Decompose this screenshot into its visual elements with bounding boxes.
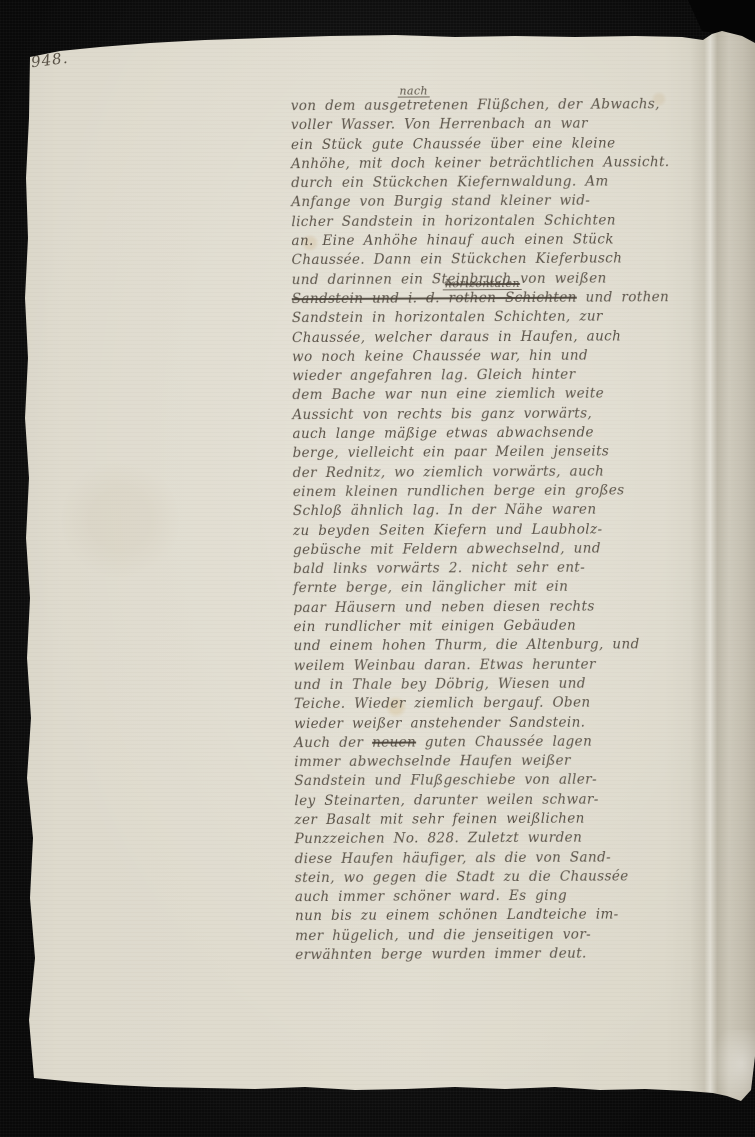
text-line: licher Sandstein in horizontalen Schicht… bbox=[291, 211, 736, 233]
text-line: einem kleinen rundlichen berge ein große… bbox=[293, 481, 738, 503]
handwritten-text: berge, vielleicht ein paar Meilen jensei… bbox=[293, 444, 610, 462]
text-line: diese Haufen häufiger, als die von Sand- bbox=[295, 847, 740, 869]
handwritten-text: Schloß ähnlich lag. In der Nähe waren bbox=[293, 502, 597, 520]
handwritten-text: gebüsche mit Feldern abwechselnd, und bbox=[293, 540, 601, 558]
handwritten-text: diese Haufen häufiger, als die von Sand- bbox=[295, 849, 611, 867]
text-line: ein Stück gute Chaussée über eine kleine bbox=[291, 133, 736, 155]
handwritten-text: und rothen bbox=[577, 289, 669, 305]
text-line: und in Thale bey Döbrig, Wiesen und bbox=[294, 674, 739, 696]
handwritten-text: Chaussée. Dann ein Stückchen Kieferbusch bbox=[292, 251, 623, 269]
handwritten-text: von dem ausgetretenen Flüßchen, der Abwa… bbox=[291, 96, 660, 114]
text-line: und einem hohen Thurm, die Altenburg, un… bbox=[294, 635, 739, 657]
handwritten-text: auch lange mäßige etwas abwachsende bbox=[292, 425, 594, 443]
handwritten-text: durch ein Stückchen Kiefernwaldung. Am bbox=[291, 174, 609, 192]
text-line: Aussicht von rechts bis ganz vorwärts, bbox=[292, 404, 737, 426]
text-line: Teiche. Wieder ziemlich bergauf. Oben bbox=[294, 693, 739, 715]
text-line: ley Steinarten, darunter weilen schwar- bbox=[294, 790, 739, 812]
handwritten-text: der Rednitz, wo ziemlich vorwärts, auch bbox=[293, 463, 605, 481]
inserted-word: nach bbox=[397, 85, 430, 97]
text-line: nachvon dem ausgetretenen Flüßchen, der … bbox=[291, 95, 736, 117]
handwritten-text: ein Stück gute Chaussée über eine kleine bbox=[291, 135, 616, 153]
text-line: weilem Weinbau daran. Etwas herunter bbox=[294, 654, 739, 676]
handwritten-text: und einem hohen Thurm, die Altenburg, un… bbox=[294, 637, 640, 655]
text-line: zer Basalt mit sehr feinen weißlichen bbox=[294, 809, 739, 831]
text-line: Sandstein in horizontalen Schichten, zur bbox=[292, 307, 737, 329]
handwritten-text: Sandstein und Flußgeschiebe von aller- bbox=[294, 772, 597, 790]
handwritten-text: Anfange von Burgig stand kleiner wid- bbox=[291, 193, 590, 211]
handwritten-text: wo noch keine Chaussée war, hin und bbox=[292, 347, 588, 365]
handwritten-text: ein rundlicher mit einigen Gebäuden bbox=[293, 618, 576, 635]
handwritten-text: Sandstein in horizontalen Schichten, zur bbox=[292, 309, 603, 327]
handwritten-text: Teiche. Wieder ziemlich bergauf. Oben bbox=[294, 695, 591, 713]
text-line: stein, wo gegen die Stadt zu die Chaussé… bbox=[295, 867, 740, 889]
handwritten-text: wieder weißer anstehender Sandstein. bbox=[294, 714, 585, 732]
text-line: immer abwechselnde Haufen weißer bbox=[294, 751, 739, 773]
handwritten-text: fernte berge, ein länglicher mit ein bbox=[293, 579, 568, 596]
text-line: durch ein Stückchen Kiefernwaldung. Am bbox=[291, 172, 736, 194]
handwritten-text: Anhöhe, mit doch keiner beträchtlichen A… bbox=[291, 154, 670, 172]
text-line: Chaussée, welcher daraus in Haufen, auch bbox=[292, 326, 737, 348]
text-line: gebüsche mit Feldern abwechselnd, und bbox=[293, 539, 738, 561]
text-line: ein rundlicher mit einigen Gebäuden bbox=[293, 616, 738, 638]
text-line: an. Eine Anhöhe hinauf auch einen Stück bbox=[291, 230, 736, 252]
handwritten-text: nun bis zu einem schönen Landteiche im- bbox=[295, 907, 619, 925]
handwritten-text: dem Bache war nun eine ziemlich weite bbox=[292, 386, 604, 404]
text-line: der Rednitz, wo ziemlich vorwärts, auch bbox=[293, 461, 738, 483]
page-number: 948. bbox=[30, 49, 69, 71]
text-line: bald links vorwärts 2. nicht sehr ent- bbox=[293, 558, 738, 580]
handwritten-text: zer Basalt mit sehr feinen weißlichen bbox=[294, 811, 584, 829]
text-line: Schloß ähnlich lag. In der Nähe waren bbox=[293, 500, 738, 522]
text-line: wo noch keine Chaussée war, hin und bbox=[292, 346, 737, 368]
text-line: dem Bache war nun eine ziemlich weite bbox=[292, 384, 737, 406]
handwritten-text: Punzzeichen No. 828. Zuletzt wurden bbox=[295, 830, 583, 848]
text-line: Punzzeichen No. 828. Zuletzt wurden bbox=[295, 828, 740, 850]
handwritten-text: guten Chaussée lagen bbox=[416, 733, 592, 750]
struck-text: neuen bbox=[372, 734, 416, 750]
text-line: zu beyden Seiten Kiefern und Laubholz- bbox=[293, 519, 738, 541]
handwritten-text: paar Häusern und neben diesen rechts bbox=[293, 598, 594, 616]
handwritten-text: bald links vorwärts 2. nicht sehr ent- bbox=[293, 560, 585, 578]
handwritten-text: weilem Weinbau daran. Etwas herunter bbox=[294, 656, 596, 674]
handwritten-text: wieder angefahren lag. Gleich hinter bbox=[292, 367, 575, 384]
text-line: horizontalenSandstein und i. d. rothen S… bbox=[292, 288, 737, 310]
text-line: wieder weißer anstehender Sandstein. bbox=[294, 712, 739, 734]
handwritten-text: und in Thale bey Döbrig, Wiesen und bbox=[294, 676, 586, 694]
handwritten-text: immer abwechselnde Haufen weißer bbox=[294, 753, 571, 770]
handwritten-text: zu beyden Seiten Kiefern und Laubholz- bbox=[293, 521, 603, 539]
handwritten-text: Auch der bbox=[294, 735, 372, 751]
text-line: fernte berge, ein länglicher mit ein bbox=[293, 577, 738, 599]
handwritten-text: licher Sandstein in horizontalen Schicht… bbox=[291, 212, 616, 230]
page-curl-highlight bbox=[710, 1030, 755, 1105]
text-block: nachvon dem ausgetretenen Flüßchen, der … bbox=[291, 95, 741, 966]
handwritten-text: ley Steinarten, darunter weilen schwar- bbox=[294, 791, 598, 809]
text-line: auch lange mäßige etwas abwachsende bbox=[292, 423, 737, 445]
text-line: auch immer schöner ward. Es ging bbox=[295, 886, 740, 908]
handwritten-text: erwähnten berge wurden immer deut. bbox=[295, 946, 587, 964]
text-line: Sandstein und Flußgeschiebe von aller- bbox=[294, 770, 739, 792]
text-line: Chaussée. Dann ein Stückchen Kieferbusch bbox=[292, 249, 737, 271]
text-line: wieder angefahren lag. Gleich hinter bbox=[292, 365, 737, 387]
struck-text: Sandstein und i. d. rothen Schichten bbox=[292, 290, 577, 307]
text-line: Auch der neuen guten Chaussée lagen bbox=[294, 732, 739, 754]
text-line: berge, vielleicht ein paar Meilen jensei… bbox=[293, 442, 738, 464]
manuscript-page: 948. nachvon dem ausgetretenen Flüßchen,… bbox=[0, 0, 755, 1137]
handwritten-text: auch immer schöner ward. Es ging bbox=[295, 888, 567, 905]
handwritten-text: einem kleinen rundlichen berge ein große… bbox=[293, 482, 625, 500]
handwritten-text: an. Eine Anhöhe hinauf auch einen Stück bbox=[291, 232, 614, 250]
text-line: paar Häusern und neben diesen rechts bbox=[293, 597, 738, 619]
handwritten-text: Chaussée, welcher daraus in Haufen, auch bbox=[292, 328, 621, 346]
text-line: nun bis zu einem schönen Landteiche im- bbox=[295, 905, 740, 927]
text-line: Anhöhe, mit doch keiner beträchtlichen A… bbox=[291, 153, 736, 175]
handwritten-text: stein, wo gegen die Stadt zu die Chaussé… bbox=[295, 868, 629, 886]
text-line: voller Wasser. Von Herrenbach an war bbox=[291, 114, 736, 136]
handwritten-text: Aussicht von rechts bis ganz vorwärts, bbox=[292, 405, 592, 423]
text-line: mer hügelich, und die jenseitigen vor- bbox=[295, 925, 740, 947]
inserted-word: horizontalen bbox=[443, 278, 522, 290]
handwritten-text: mer hügelich, und die jenseitigen vor- bbox=[295, 926, 591, 944]
text-line: Anfange von Burgig stand kleiner wid- bbox=[291, 191, 736, 213]
text-line: erwähnten berge wurden immer deut. bbox=[295, 944, 740, 966]
handwritten-text: voller Wasser. Von Herrenbach an war bbox=[291, 116, 588, 134]
